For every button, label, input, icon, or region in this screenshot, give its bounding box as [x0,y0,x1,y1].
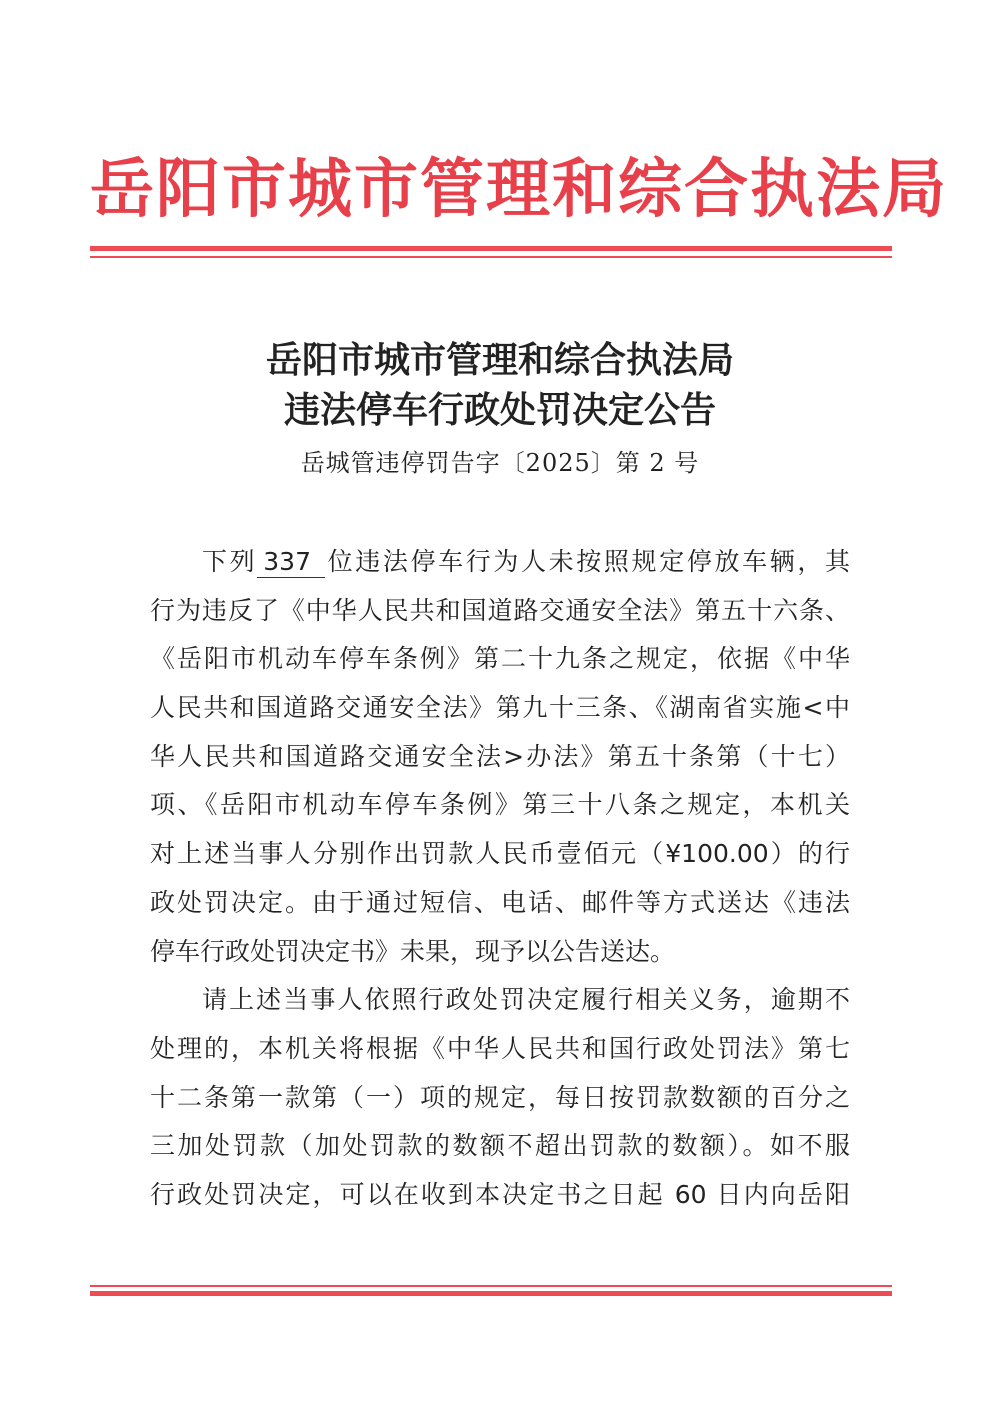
text-line: 三加处罚款（加处罚款的数额不超出罚款的数额）。如不服 [150,1122,850,1171]
text-line: 《岳阳市机动车停车条例》第二十九条之规定，依据《中华 [150,635,850,684]
header-rule-thick [90,246,892,251]
paragraph-2: 请上述当事人依照行政处罚决定履行相关义务，逾期不 处理的，本机关将根据《中华人民… [150,976,850,1219]
text-line: 人民共和国道路交通安全法》第九十三条、《湖南省实施<中 [150,684,850,733]
document-title-line1: 岳阳市城市管理和综合执法局 [0,336,1000,384]
violator-count: 337 [257,547,325,578]
text-line: 对上述当事人分别作出罚款人民币壹佰元（¥100.00）的行 [150,830,850,879]
text-line: 请上述当事人依照行政处罚决定履行相关义务，逾期不 [150,976,850,1025]
text-line: 行政处罚决定，可以在收到本决定书之日起 60 日内向岳阳 [150,1171,850,1220]
text-line: 行为违反了《中华人民共和国道路交通安全法》第五十六条、 [150,587,850,636]
document-number: 岳城管违停罚告字〔2025〕第 2 号 [0,446,1000,480]
header-rule-thin [90,256,892,258]
text-line: 十二条第一款第（一）项的规定，每日按罚款数额的百分之 [150,1074,850,1123]
text-line: 处理的，本机关将根据《中华人民共和国行政处罚法》第七 [150,1025,850,1074]
paragraph-prefix: 下列 [202,547,257,576]
text-line: 停车行政处罚决定书》未果，现予以公告送达。 [150,928,850,977]
footer-rule-thin [90,1285,892,1287]
footer-rule-thick [90,1291,892,1296]
text-line: 下列337位违法停车行为人未按照规定停放车辆，其 [150,538,850,587]
text-line: 华人民共和国道路交通安全法>办法》第五十条第（十七） [150,733,850,782]
document-body: 下列337位违法停车行为人未按照规定停放车辆，其 行为违反了《中华人民共和国道路… [150,538,850,1220]
text-line: 政处罚决定。由于通过短信、电话、邮件等方式送达《违法 [150,879,850,928]
text-line: 项、《岳阳市机动车停车条例》第三十八条之规定，本机关 [150,781,850,830]
paragraph-1: 下列337位违法停车行为人未按照规定停放车辆，其 行为违反了《中华人民共和国道路… [150,538,850,976]
document-title-line2: 违法停车行政处罚决定公告 [0,386,1000,434]
agency-masthead: 岳阳市城市管理和综合执法局 [90,150,910,230]
